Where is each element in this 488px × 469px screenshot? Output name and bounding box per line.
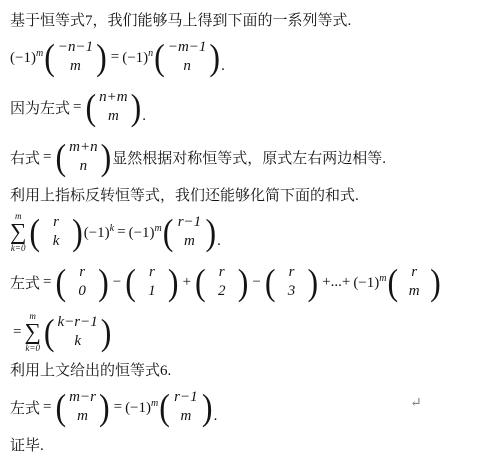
equals-sign: =: [117, 224, 125, 241]
left-side-label: 左式: [10, 272, 40, 293]
sign-power: (−1)n: [122, 48, 153, 67]
sign-power: (−1)m: [129, 223, 162, 242]
sum-lower-limit: k=0: [25, 343, 40, 353]
binomial: ( r0 ): [55, 261, 108, 303]
paren-left: (: [44, 33, 55, 81]
intro-text: 基于恒等式7，我们能够马上得到下面的一系列等式.: [10, 12, 351, 31]
binomial-bottom: 3: [288, 282, 296, 301]
equation-sum-result: = m ∑ k=0 ( k−r−1k ): [10, 308, 488, 356]
period: .: [214, 408, 218, 425]
minus-sign: −: [113, 274, 121, 291]
paren-left: (: [85, 83, 96, 131]
reverse-text: 利用上指标反转恒等式，我们还能够化简下面的和式.: [10, 187, 359, 206]
binomial-top: k−r−1: [58, 313, 98, 332]
binomial: ( −n−1m ): [44, 36, 107, 78]
paragraph-identity6: 利用上文给出的恒等式6.: [10, 362, 488, 381]
binomial-bottom: 2: [218, 282, 226, 301]
binomial-bottom: k: [74, 332, 81, 351]
sign-power: (−1)k: [84, 223, 114, 242]
binomial: ( r−1m ): [159, 386, 212, 428]
paren-right: ): [96, 33, 107, 81]
paren-left: (: [265, 258, 276, 306]
paren-left: (: [55, 133, 66, 181]
binomial: ( k−r−1k ): [44, 311, 112, 353]
binomial-top: r−1: [174, 388, 197, 407]
period: .: [217, 233, 221, 250]
binomial: ( r3 ): [265, 261, 318, 303]
binomial: ( −m−1n ): [154, 36, 220, 78]
sign-base: (−1): [122, 50, 148, 66]
qed-text: 证毕.: [10, 437, 44, 456]
equation-expansion: 左式 = ( r0 ) − ( r1 ) + ( r2 ) − ( r3 ) +…: [10, 258, 488, 306]
paren-right: ): [72, 208, 83, 256]
sign-exponent: m: [155, 223, 162, 234]
binomial-bottom: m: [184, 232, 195, 251]
binomial-bottom: 1: [148, 282, 156, 301]
binomial-top: r: [411, 263, 417, 282]
binomial-top: r: [219, 263, 225, 282]
binomial-top: r: [149, 263, 155, 282]
sign-exponent: m: [151, 398, 158, 409]
binomial: ( rk ): [29, 211, 82, 253]
binomial-top: −m−1: [168, 38, 207, 57]
binomial-top: m−r: [69, 388, 96, 407]
equation-sum: m ∑ k=0 ( rk ) (−1)k = (−1)m ( r−1m ) .: [10, 208, 488, 256]
summation: m ∑ k=0: [10, 211, 26, 253]
equals-sign: =: [43, 274, 51, 291]
sign-exponent: n: [148, 48, 153, 59]
sign-exponent: m: [379, 273, 386, 284]
equals-sign: =: [13, 324, 21, 341]
sign-power: (−1)m: [10, 48, 43, 67]
binomial-bottom: m: [77, 407, 88, 426]
binomial-bottom: 0: [78, 282, 86, 301]
symmetry-remark: 显然根据对称恒等式，原式左右两边相等.: [112, 147, 386, 168]
paragraph-reverse: 利用上指标反转恒等式，我们还能够化简下面的和式.: [10, 187, 488, 206]
paren-left: (: [55, 383, 66, 431]
equals-sign: =: [43, 399, 51, 416]
binomial-top: r: [289, 263, 295, 282]
sigma-symbol: ∑: [10, 221, 26, 243]
document-page: 基于恒等式7，我们能够马上得到下面的一系列等式. (−1)m ( −n−1m )…: [0, 0, 488, 469]
period: .: [221, 58, 225, 75]
paren-right: ): [99, 383, 110, 431]
binomial-bottom: k: [53, 232, 60, 251]
binomial-top: n+m: [99, 88, 127, 107]
equals-sign: =: [111, 49, 119, 66]
binomial-bottom: m: [108, 107, 119, 126]
left-side-label: 左式: [10, 397, 40, 418]
sign-base: (−1): [129, 225, 155, 241]
equation-lhs-value: 因为左式 = ( n+mm ) .: [10, 83, 488, 131]
binomial: ( m−rm ): [55, 386, 109, 428]
binomial: ( m+nn ): [55, 136, 111, 178]
binomial: ( r2 ): [195, 261, 248, 303]
identity6-text: 利用上文给出的恒等式6.: [10, 362, 171, 381]
binomial-bottom: m: [409, 282, 420, 301]
sign-base: (−1): [125, 400, 151, 416]
binomial-top: r: [53, 213, 59, 232]
paren-right: ): [307, 258, 318, 306]
paren-left: (: [154, 33, 165, 81]
right-side-label: 右式: [10, 147, 40, 168]
paren-left: (: [159, 383, 170, 431]
binomial: ( n+mm ): [85, 86, 141, 128]
paren-left: (: [388, 258, 399, 306]
sign-exponent: m: [36, 48, 43, 59]
paren-left: (: [44, 308, 55, 356]
paren-right: ): [101, 308, 112, 356]
binomial-bottom: n: [80, 157, 88, 176]
because-left-label: 因为左式: [10, 97, 70, 118]
paragraph-qed: 证毕.: [10, 437, 488, 456]
equation-rhs-value: 右式 = ( m+nn ) 显然根据对称恒等式，原式左右两边相等.: [10, 133, 488, 181]
binomial: ( r−1m ): [163, 211, 216, 253]
paren-left: (: [125, 258, 136, 306]
sign-base: (−1): [10, 50, 36, 66]
binomial-top: r−1: [178, 213, 201, 232]
paren-right: ): [209, 33, 220, 81]
sign-power: (−1)m: [353, 273, 386, 292]
sign-base: (−1): [353, 275, 379, 291]
binomial-top: −n−1: [58, 38, 93, 57]
binomial-bottom: m: [180, 407, 191, 426]
equals-sign: =: [114, 399, 122, 416]
paren-right: ): [430, 258, 441, 306]
paragraph-return-icon: ↵: [410, 395, 422, 412]
equation-final: 左式 = ( m−rm ) = (−1)m ( r−1m ) . ↵: [10, 383, 488, 431]
binomial-top: r: [79, 263, 85, 282]
binomial: ( rm ): [388, 261, 441, 303]
sign-power: (−1)m: [125, 398, 158, 417]
minus-sign: −: [252, 274, 260, 291]
paren-left: (: [55, 258, 66, 306]
binomial-bottom: n: [183, 57, 191, 76]
paren-right: ): [131, 83, 142, 131]
sigma-symbol: ∑: [24, 321, 40, 343]
sign-exponent: k: [110, 223, 114, 234]
paren-right: ): [205, 208, 216, 256]
equals-sign: =: [43, 149, 51, 166]
ellipsis-operators: +...+: [322, 274, 350, 291]
paren-right: ): [238, 258, 249, 306]
equation-negated-upper: (−1)m ( −n−1m ) = (−1)n ( −m−1n ) .: [10, 33, 488, 81]
summation: m ∑ k=0: [24, 311, 40, 353]
binomial-bottom: m: [70, 57, 81, 76]
equals-sign: =: [73, 99, 81, 116]
paren-right: ): [168, 258, 179, 306]
binomial: ( r1 ): [125, 261, 178, 303]
paren-left: (: [163, 208, 174, 256]
paren-right: ): [101, 133, 112, 181]
period: .: [142, 108, 146, 125]
paren-left: (: [29, 208, 40, 256]
binomial-top: m+n: [69, 138, 97, 157]
paren-left: (: [195, 258, 206, 306]
paren-right: ): [202, 383, 213, 431]
sign-base: (−1): [84, 225, 110, 241]
paren-right: ): [98, 258, 109, 306]
sum-lower-limit: k=0: [11, 243, 26, 253]
paragraph-intro: 基于恒等式7，我们能够马上得到下面的一系列等式.: [10, 12, 488, 31]
plus-sign: +: [183, 274, 191, 291]
